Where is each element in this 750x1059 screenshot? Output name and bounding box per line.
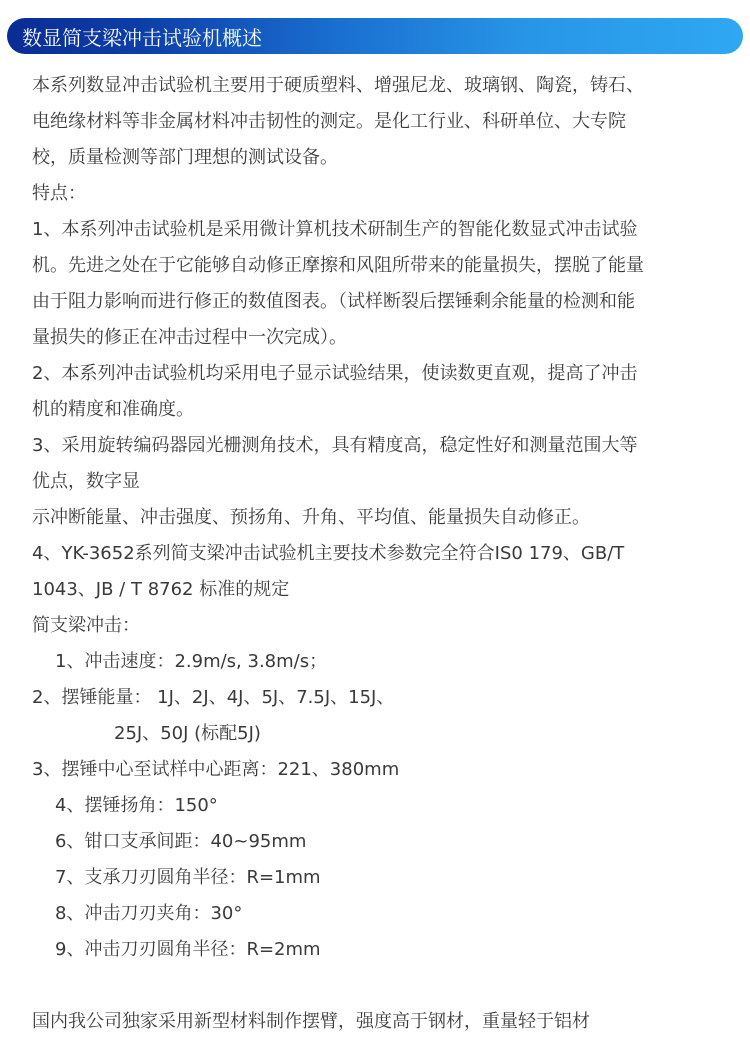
spec-item-impact-speed: 1、冲击速度：2.9m/s, 3.8m/s； xyxy=(32,644,732,680)
spacer xyxy=(32,968,732,1004)
intro-line: 本系列数显冲击试验机主要用于硬质塑料、增强尼龙、玻璃钢、陶瓷，铸石、 xyxy=(32,68,732,104)
footer-note: 国内我公司独家采用新型材料制作摆臂，强度高于钢材，重量轻于铝材 xyxy=(32,1004,732,1040)
section-title-banner: 数显简支梁冲击试验机概述 xyxy=(7,18,743,54)
spec-item-jaw-span: 6、钳口支承间距：40~95mm xyxy=(32,824,732,860)
intro-line: 校，质量检测等部门理想的测试设备。 xyxy=(32,140,732,176)
feature-line: 量损失的修正在冲击过程中一次完成）。 xyxy=(32,320,732,356)
spec-item-pendulum-energy: 2、摆锤能量： 1J、2J、4J、5J、7.5J、15J、 xyxy=(32,680,732,716)
section-title: 数显简支梁冲击试验机概述 xyxy=(22,22,262,51)
specs-heading: 简支梁冲击： xyxy=(32,608,732,644)
spec-item-pendulum-energy-cont: 25J、50J (标配5J) xyxy=(32,716,732,752)
feature-line: 2、本系列冲击试验机均采用电子显示试验结果，使读数更直观，提高了冲击 xyxy=(32,356,732,392)
feature-item-2: 2、本系列冲击试验机均采用电子显示试验结果，使读数更直观，提高了冲击 机的精度和… xyxy=(32,356,732,428)
feature-line: 3、采用旋转编码器园光栅测角技术，具有精度高，稳定性好和测量范围大等 xyxy=(32,428,732,464)
feature-line: 1、本系列冲击试验机是采用微计算机技术研制生产的智能化数显式冲击试验 xyxy=(32,212,732,248)
spec-item-lift-angle: 4、摆锤扬角：150° xyxy=(32,788,732,824)
feature-line: 由于阻力影响而进行修正的数值图表。（试样断裂后摆锤剩余能量的检测和能 xyxy=(32,284,732,320)
feature-item-3: 3、采用旋转编码器园光栅测角技术，具有精度高，稳定性好和测量范围大等 优点，数字… xyxy=(32,428,732,536)
spec-item-blade-radius: 9、冲击刀刃圆角半径：R=2mm xyxy=(32,932,732,968)
spec-item-center-distance: 3、摆锤中心至试样中心距离：221、380mm xyxy=(32,752,732,788)
feature-line: 4、YK-3652系列简支梁冲击试验机主要技术参数完全符合IS0 179、GB/… xyxy=(32,536,732,572)
spec-item-blade-angle: 8、冲击刀刃夹角：30° xyxy=(32,896,732,932)
features-heading: 特点： xyxy=(32,176,732,212)
feature-item-4: 4、YK-3652系列简支梁冲击试验机主要技术参数完全符合IS0 179、GB/… xyxy=(32,536,732,608)
feature-line: 示冲断能量、冲击强度、预扬角、升角、平均值、能量损失自动修正。 xyxy=(32,500,732,536)
specs-list: 1、冲击速度：2.9m/s, 3.8m/s； 2、摆锤能量： 1J、2J、4J、… xyxy=(32,644,732,968)
feature-line: 机。先进之处在于它能够自动修正摩擦和风阻所带来的能量损失，摆脱了能量 xyxy=(32,248,732,284)
intro-line: 电绝缘材料等非金属材料冲击韧性的测定。是化工行业、科研单位、大专院 xyxy=(32,104,732,140)
feature-line: 1043、JB / T 8762 标准的规定 xyxy=(32,572,732,608)
intro-paragraph: 本系列数显冲击试验机主要用于硬质塑料、增强尼龙、玻璃钢、陶瓷，铸石、 电绝缘材料… xyxy=(32,68,732,176)
feature-line: 优点，数字显 xyxy=(32,464,732,500)
feature-line: 机的精度和准确度。 xyxy=(32,392,732,428)
article-body: 本系列数显冲击试验机主要用于硬质塑料、增强尼龙、玻璃钢、陶瓷，铸石、 电绝缘材料… xyxy=(32,68,732,1040)
spec-item-support-radius: 7、支承刀刃圆角半径：R=1mm xyxy=(32,860,732,896)
feature-item-1: 1、本系列冲击试验机是采用微计算机技术研制生产的智能化数显式冲击试验 机。先进之… xyxy=(32,212,732,356)
